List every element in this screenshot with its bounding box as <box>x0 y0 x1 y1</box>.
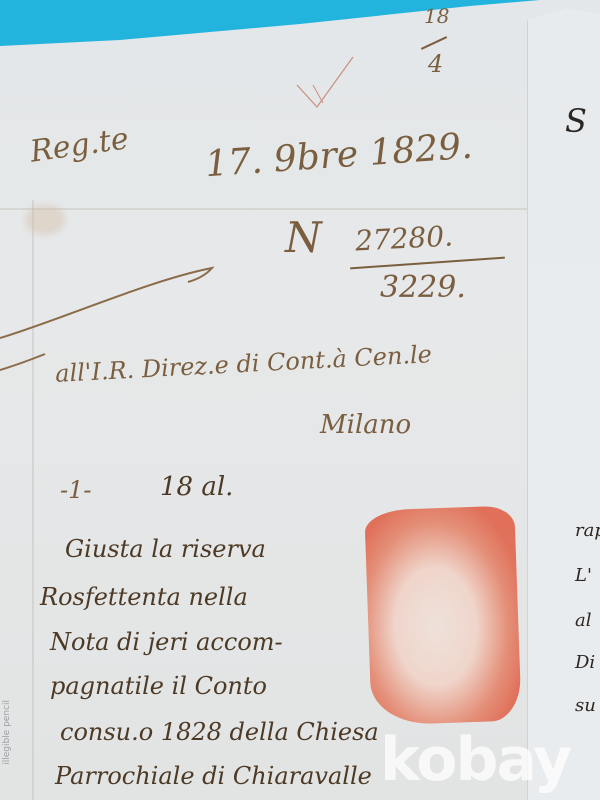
right-sheet-fragment: rap <box>575 520 600 541</box>
red-wax-seal <box>364 505 521 725</box>
protocol-number: 27280. <box>354 219 454 257</box>
check-mark-icon <box>295 55 355 110</box>
watermark-logo: kobay <box>380 725 570 795</box>
addressee-line-2: Milano <box>320 410 411 440</box>
protocol-prefix: N <box>285 213 322 262</box>
right-sheet-glyph: S <box>565 102 587 140</box>
sub-number: 3229. <box>380 270 466 305</box>
enclosures-note: 18 al. <box>160 472 233 502</box>
paper-stain <box>25 205 65 235</box>
adjacent-sheet <box>527 0 600 800</box>
right-sheet-fragment: Di <box>575 652 595 673</box>
body-line: Rosfettenta nella <box>40 583 248 611</box>
body-line: consu.o 1828 della Chiesa <box>60 718 379 746</box>
body-line: pagnatile il Conto <box>50 672 267 700</box>
folio-bottom: 4 <box>428 50 443 78</box>
fold-line-horizontal <box>0 208 527 210</box>
body-line: Nota di jeri accom- <box>50 628 283 656</box>
annotation-marker: -1- <box>60 476 92 504</box>
body-line: Parrochiale di Chiaravalle <box>55 762 372 790</box>
right-sheet-fragment: su <box>575 695 596 716</box>
right-sheet-fragment: L' <box>575 565 592 586</box>
body-line: Giusta la riserva <box>65 535 266 563</box>
folio-top: 18 <box>424 4 449 28</box>
right-sheet-fragment: al <box>575 610 592 631</box>
margin-pencil-note: illegible pencil <box>2 700 12 765</box>
